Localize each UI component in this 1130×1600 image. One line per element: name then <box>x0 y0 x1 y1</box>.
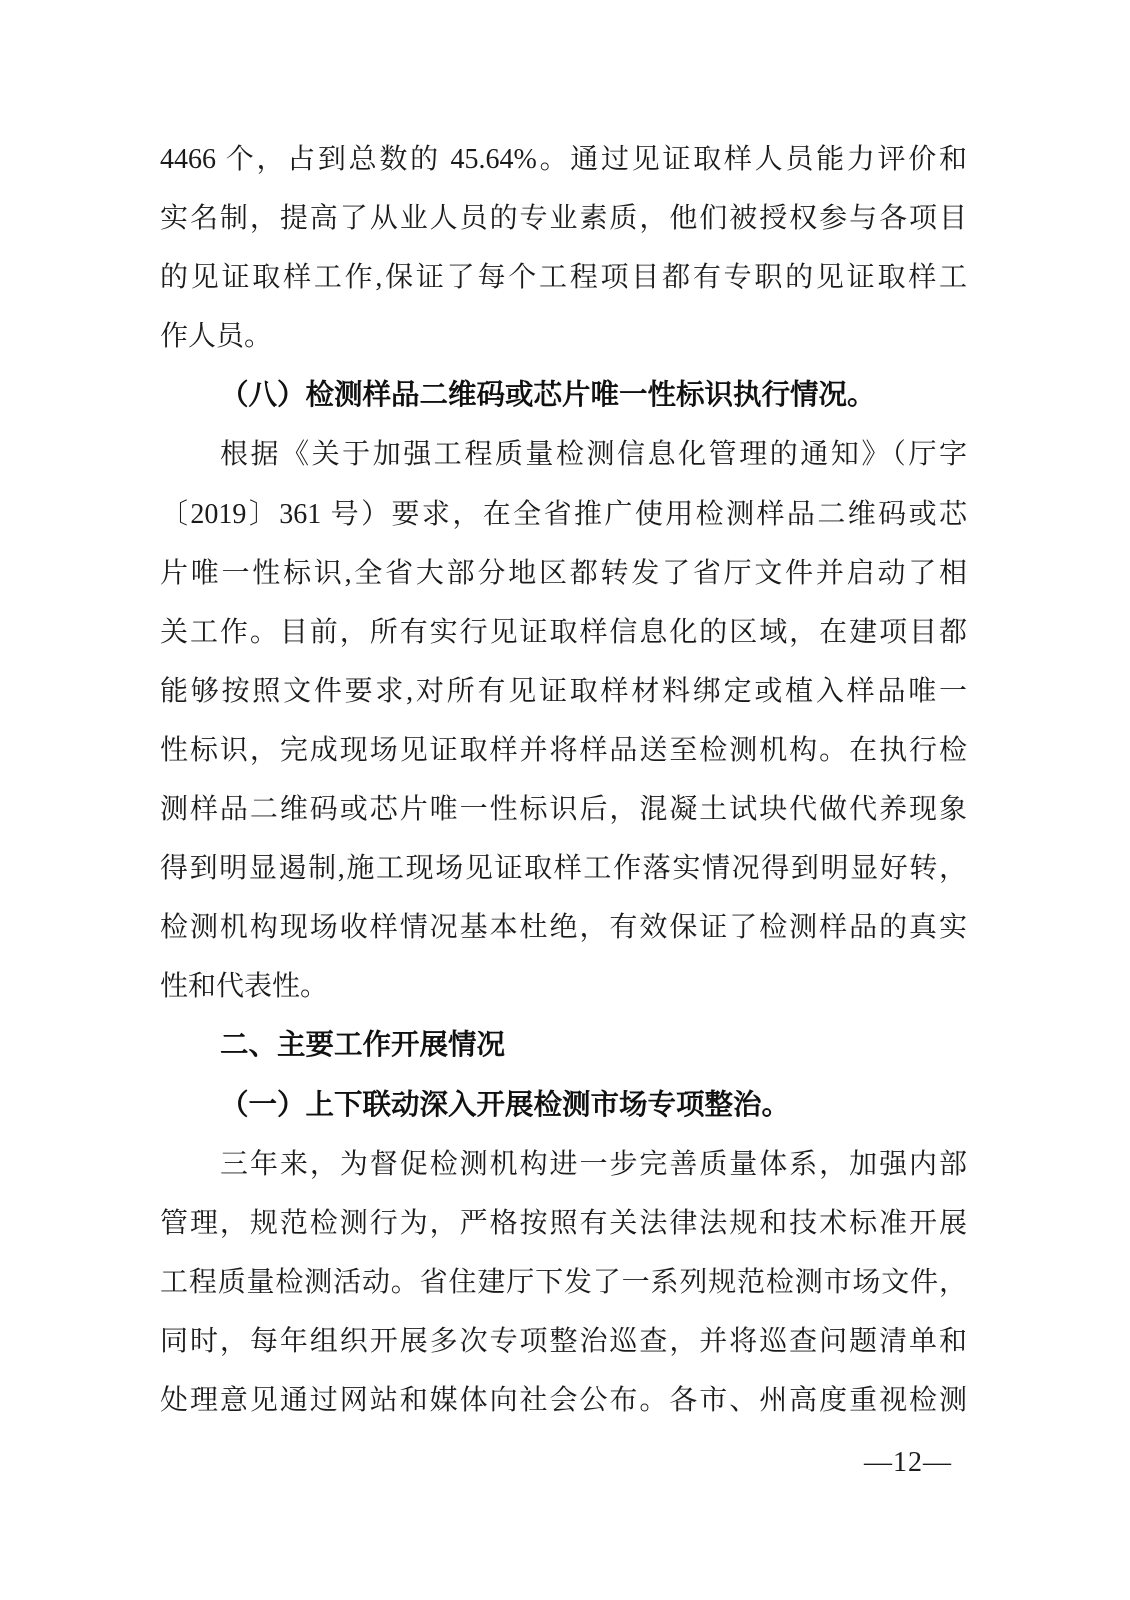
page-number: —12— <box>864 1446 952 1480</box>
section-heading: （一）上下联动深入开展检测市场专项整治。 <box>160 1076 967 1135</box>
text-line: 4466 个，占到总数的 45.64%。通过见证取样人员能力评价和 <box>160 130 967 189</box>
text-line: 三年来，为督促检测机构进一步完善质量体系，加强内部 <box>160 1135 967 1194</box>
text-line: 关工作。目前，所有实行见证取样信息化的区域，在建项目都 <box>160 603 967 662</box>
text-line: 根据《关于加强工程质量检测信息化管理的通知》（厅字 <box>160 425 967 484</box>
text-line: 同时，每年组织开展多次专项整治巡查，并将巡查问题清单和 <box>160 1312 967 1371</box>
text-line: 处理意见通过网站和媒体向社会公布。各市、州高度重视检测 <box>160 1371 967 1430</box>
text-line: 得到明显遏制,施工现场见证取样工作落实情况得到明显好转， <box>160 839 967 898</box>
text-line: 性和代表性。 <box>160 957 967 1016</box>
text-line: 管理，规范检测行为，严格按照有关法律法规和技术标准开展 <box>160 1194 967 1253</box>
text-line: 的见证取样工作,保证了每个工程项目都有专职的见证取样工 <box>160 248 967 307</box>
text-line: 工程质量检测活动。省住建厅下发了一系列规范检测市场文件， <box>160 1253 967 1312</box>
section-heading: （八）检测样品二维码或芯片唯一性标识执行情况。 <box>160 366 967 425</box>
document-page: 4466 个，占到总数的 45.64%。通过见证取样人员能力评价和 实名制，提高… <box>0 0 1130 1600</box>
text-line: 实名制，提高了从业人员的专业素质，他们被授权参与各项目 <box>160 189 967 248</box>
text-line: 检测机构现场收样情况基本杜绝，有效保证了检测样品的真实 <box>160 898 967 957</box>
text-line: 作人员。 <box>160 307 967 366</box>
text-line: 〔2019〕361 号）要求，在全省推广使用检测样品二维码或芯 <box>160 485 967 544</box>
text-line: 测样品二维码或芯片唯一性标识后，混凝土试块代做代养现象 <box>160 780 967 839</box>
text-line: 能够按照文件要求,对所有见证取样材料绑定或植入样品唯一 <box>160 662 967 721</box>
chapter-heading: 二、主要工作开展情况 <box>160 1016 967 1075</box>
text-line: 片唯一性标识,全省大部分地区都转发了省厅文件并启动了相 <box>160 544 967 603</box>
text-line: 性标识，完成现场见证取样并将样品送至检测机构。在执行检 <box>160 721 967 780</box>
document-body: 4466 个，占到总数的 45.64%。通过见证取样人员能力评价和 实名制，提高… <box>160 130 967 1430</box>
